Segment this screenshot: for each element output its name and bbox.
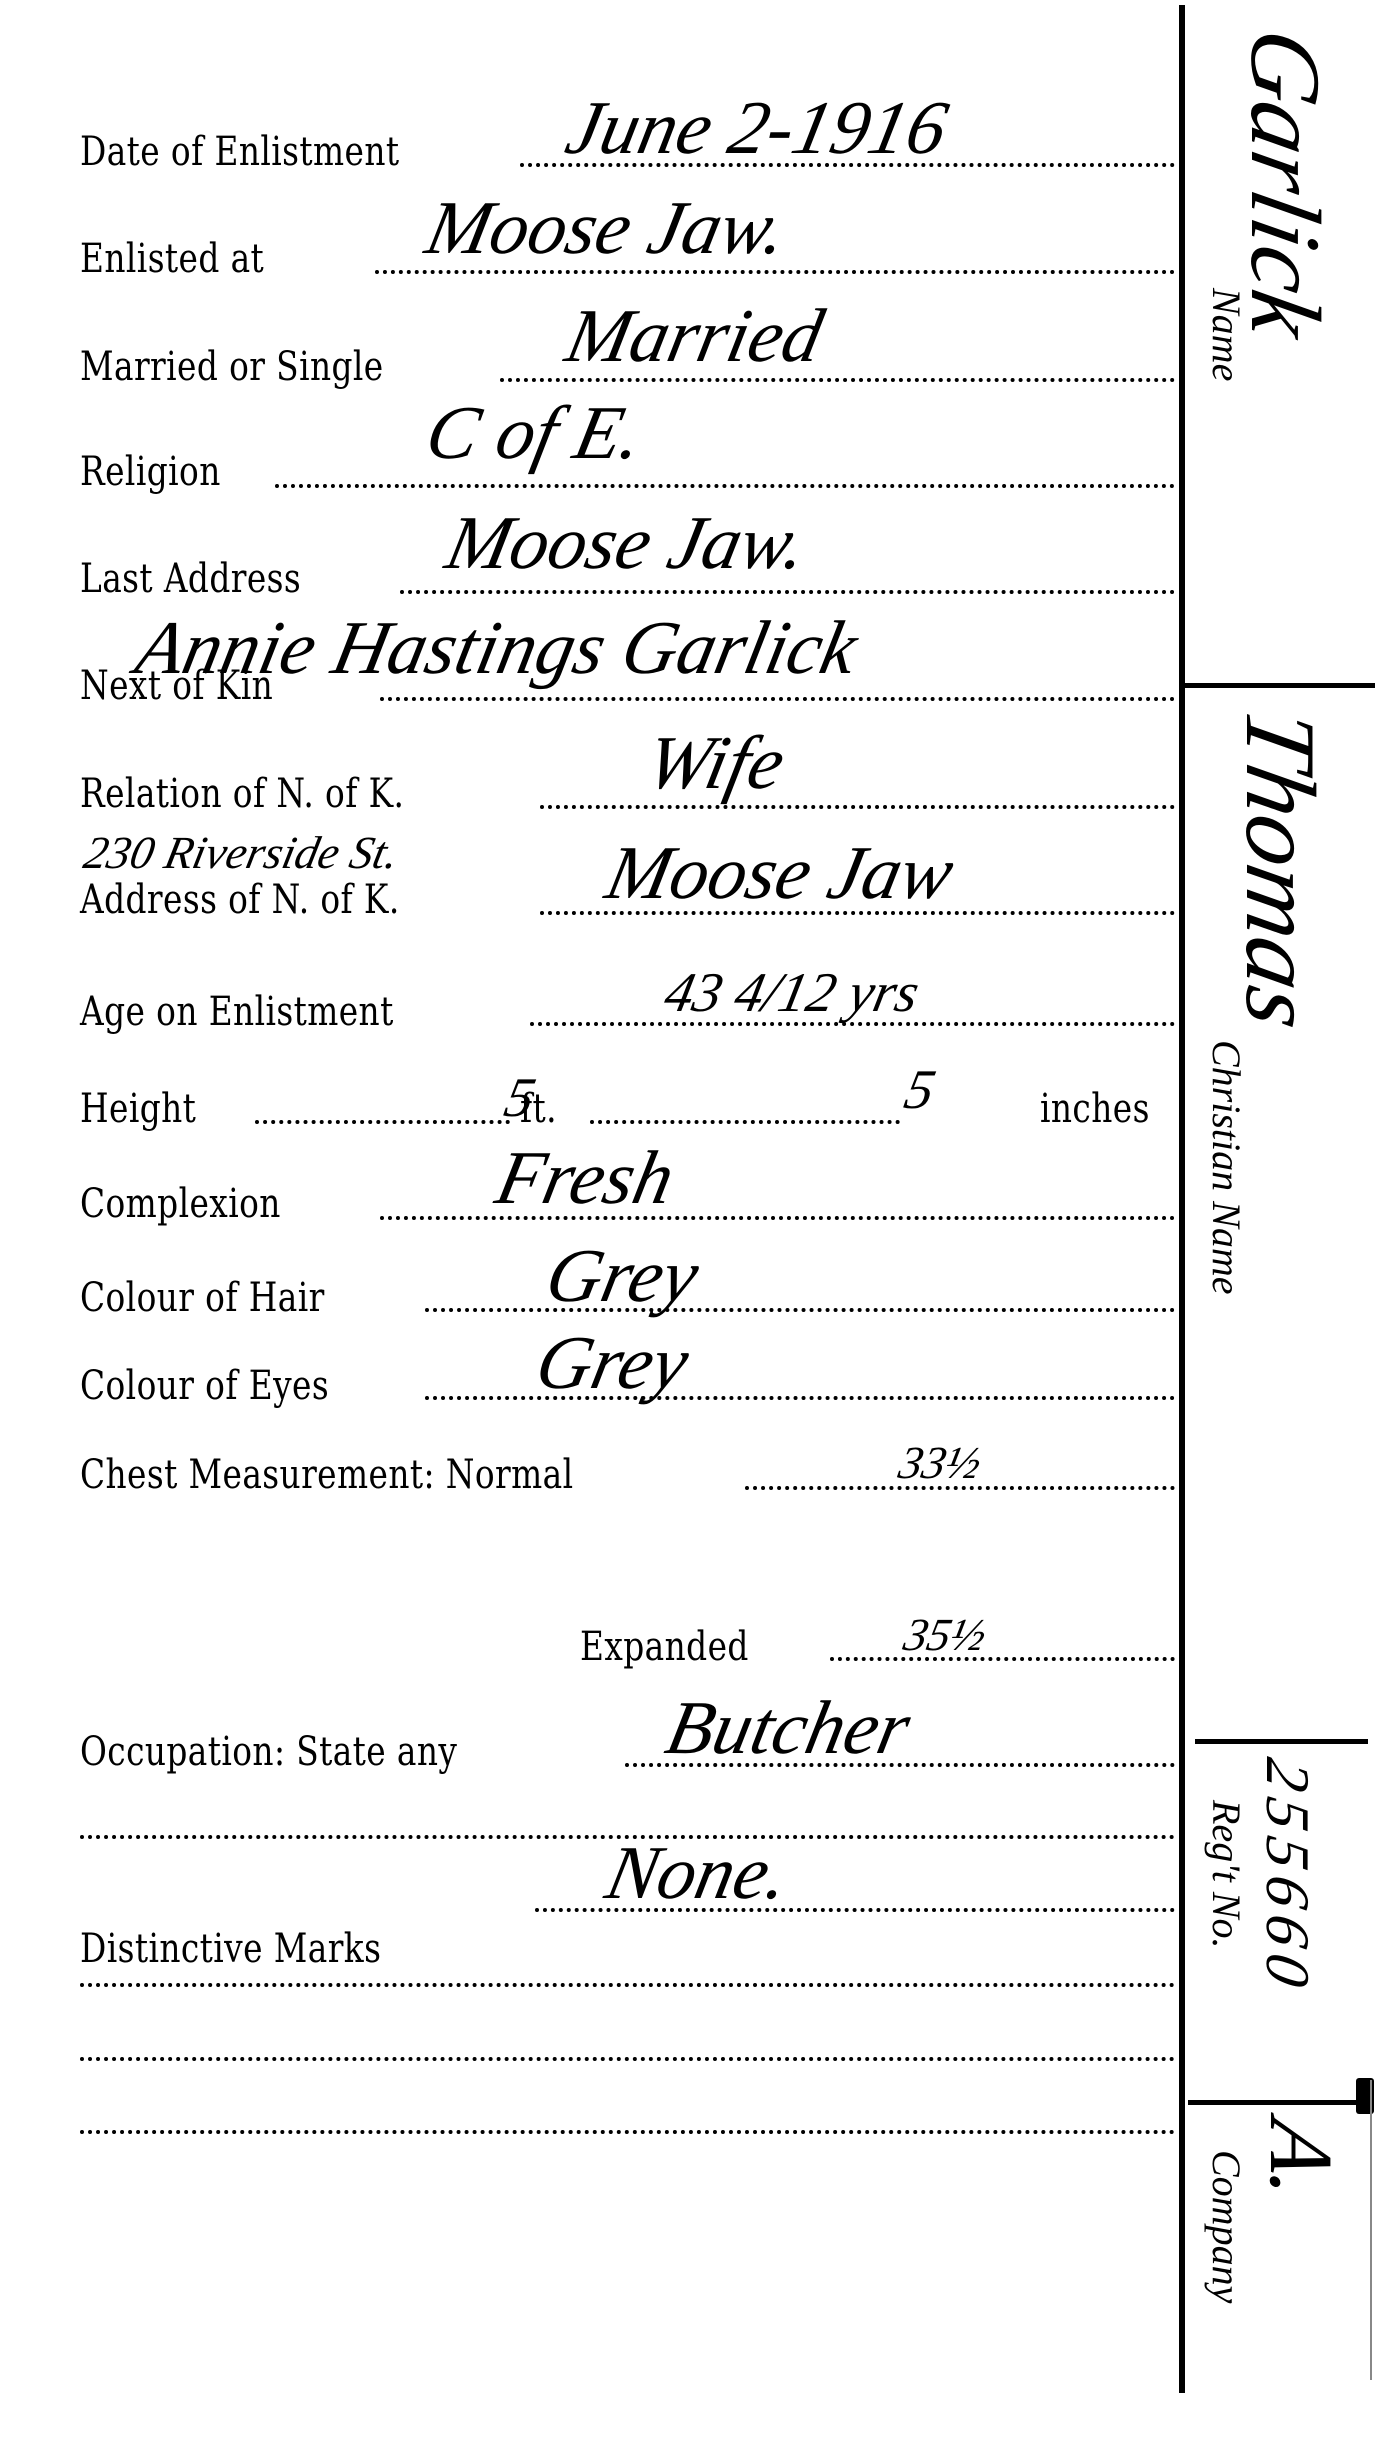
value-married-or-single: Married (560, 298, 829, 374)
value-relation-of-nok: Wife (640, 725, 791, 801)
value-religion: C of E. (420, 395, 649, 471)
label-height-feet-unit: ft. (520, 1089, 557, 1129)
label-chest-expanded: Expanded (580, 1627, 749, 1667)
value-next-of-kin: Annie Hastings Garlick (130, 610, 864, 686)
label-age-on-enlistment: Age on Enlistment (80, 992, 394, 1032)
field-line-height-feet (255, 1120, 510, 1124)
value-chest-expanded: 35½ (900, 1612, 990, 1658)
sidebar-company-value: A. (1255, 2114, 1345, 2207)
label-married-or-single: Married or Single (80, 347, 384, 387)
field-line-relation-of-nok (540, 805, 1175, 809)
field-line-next-of-kin (380, 697, 1175, 701)
field-line-enlisted-at (375, 270, 1175, 274)
value-colour-of-hair: Grey (540, 1238, 705, 1314)
sidebar-christian-name-label: Christian Name (1206, 1040, 1246, 1294)
label-occupation: Occupation: State any (80, 1732, 457, 1772)
field-line-married-or-single (500, 378, 1175, 382)
label-colour-of-hair: Colour of Hair (80, 1278, 325, 1318)
label-chest-normal: Chest Measurement: Normal (80, 1455, 573, 1495)
field-line-height-inches (590, 1120, 900, 1124)
field-line-religion (275, 484, 1175, 488)
value-age-on-enlistment: 43 4/12 yrs (660, 965, 924, 1021)
label-colour-of-eyes: Colour of Eyes (80, 1366, 329, 1406)
value-distinctive-marks: None. (600, 1835, 796, 1911)
value-complexion: Fresh (490, 1140, 681, 1216)
label-enlisted-at: Enlisted at (80, 239, 264, 279)
field-line-distinctive-marks-4 (80, 2130, 1175, 2134)
sidebar-edge-company (1370, 2080, 1372, 2380)
field-line-last-address (400, 590, 1175, 594)
sidebar-divider-vertical (1179, 5, 1185, 2393)
sidebar-christian-name-value: Thomas (1230, 702, 1330, 1036)
sidebar-name-value: Garlick (1235, 22, 1335, 345)
field-line-distinctive-marks-2 (80, 1983, 1175, 1987)
value-address-of-nok-street: 230 Riverside St. (80, 830, 403, 876)
label-height: Height (80, 1089, 196, 1129)
value-height-inches: 5 (900, 1062, 940, 1118)
value-date-of-enlistment: June 2-1916 (560, 90, 954, 166)
sidebar-divider-christian-name (1195, 1739, 1368, 1744)
label-relation-of-nok: Relation of N. of K. (80, 774, 404, 814)
sidebar-divider-name (1183, 683, 1375, 688)
sidebar-divider-regt-no (1188, 2100, 1368, 2105)
field-line-colour-of-hair (425, 1308, 1175, 1312)
label-religion: Religion (80, 452, 221, 492)
value-chest-normal: 33½ (895, 1440, 985, 1486)
label-date-of-enlistment: Date of Enlistment (80, 132, 399, 172)
label-address-of-nok: Address of N. of K. (80, 880, 400, 920)
label-last-address: Last Address (80, 559, 301, 599)
value-occupation: Butcher (660, 1690, 917, 1766)
value-address-of-nok: Moose Jaw (600, 835, 960, 911)
label-height-inches-unit: inches (1040, 1089, 1150, 1129)
sidebar-regt-no-value: 255660 (1256, 1754, 1318, 1999)
value-enlisted-at: Moose Jaw. (420, 190, 794, 266)
field-line-chest-expanded (830, 1657, 1175, 1661)
label-distinctive-marks: Distinctive Marks (80, 1929, 381, 1969)
sidebar-company-label: Company (1206, 2150, 1246, 2303)
value-last-address: Moose Jaw. (440, 505, 814, 581)
label-complexion: Complexion (80, 1184, 281, 1224)
field-line-distinctive-marks-3 (80, 2057, 1175, 2061)
value-colour-of-eyes: Grey (530, 1325, 695, 1401)
sidebar-regt-no-label: Reg't No. (1206, 1800, 1246, 1949)
